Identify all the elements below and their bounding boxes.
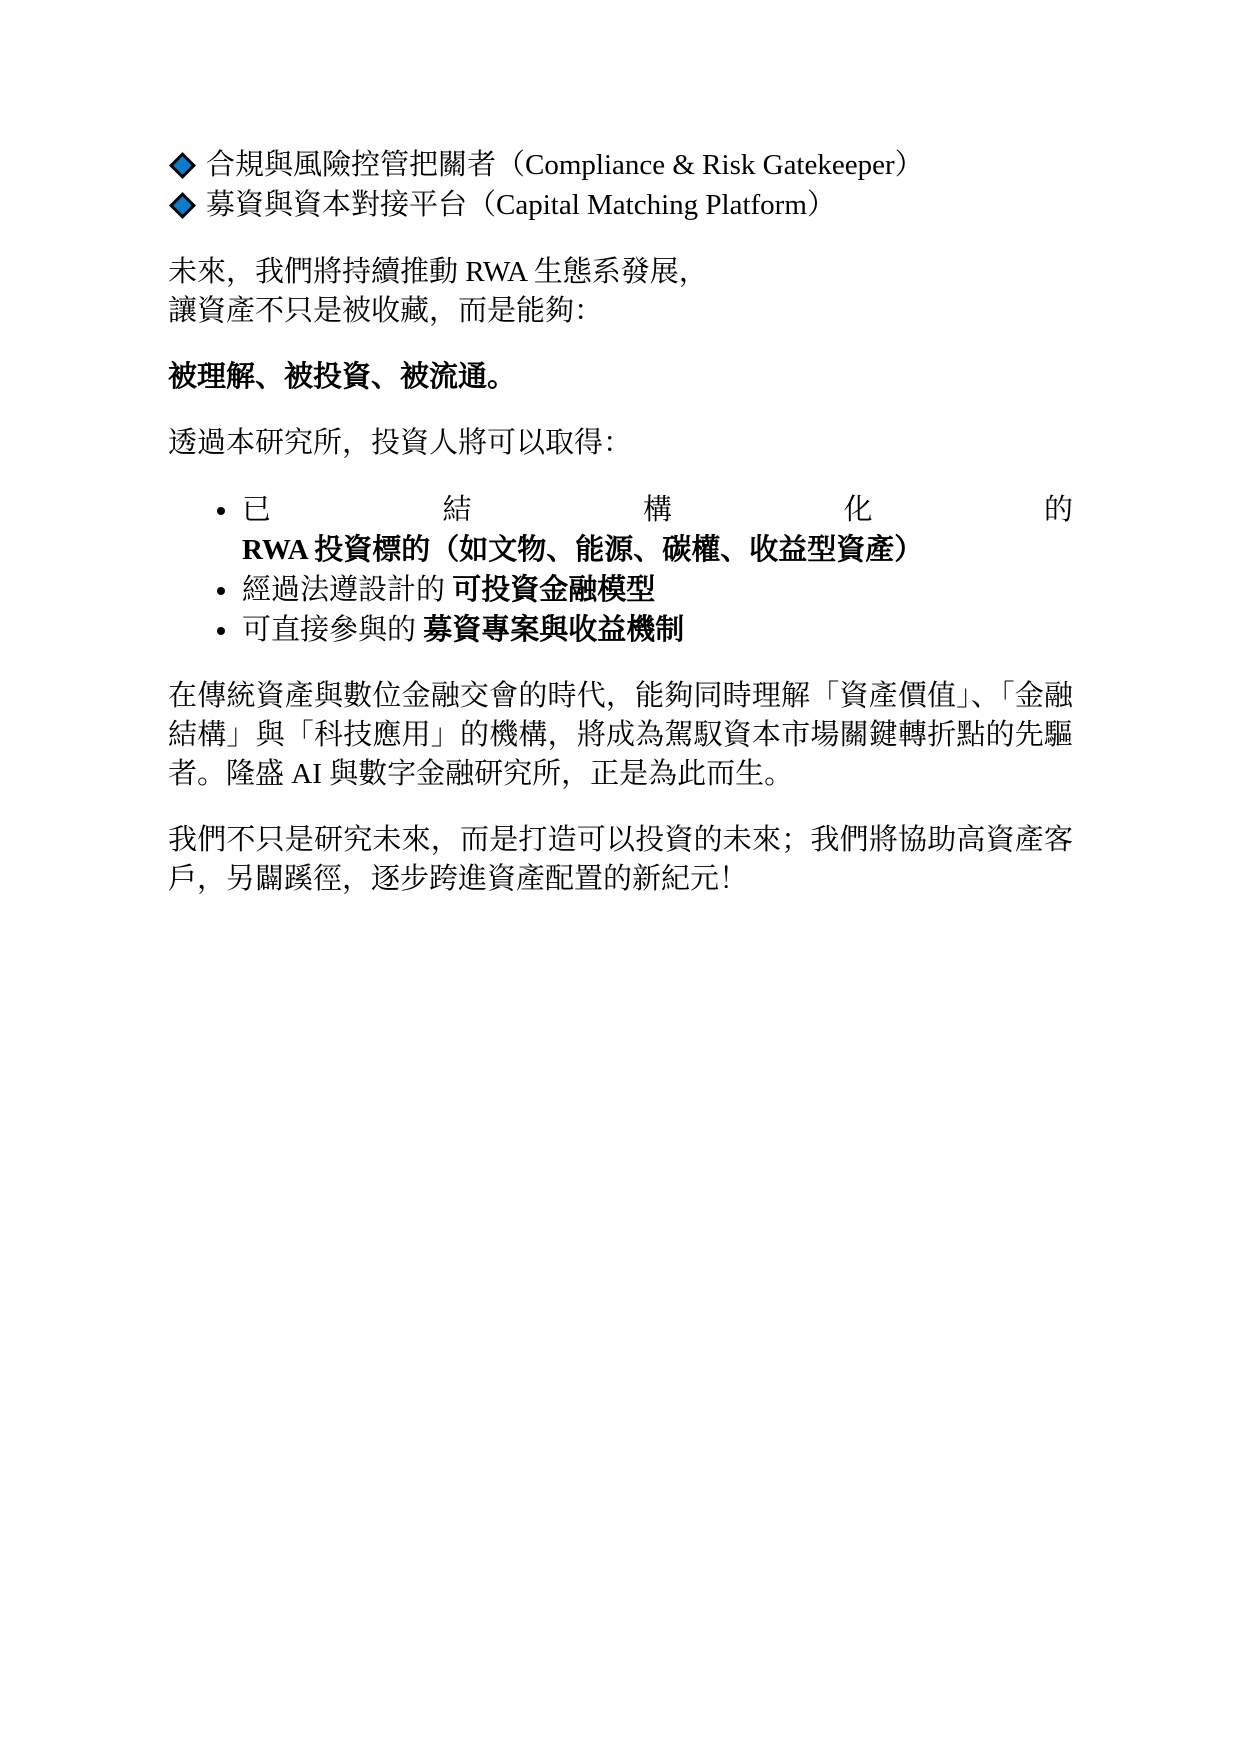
diamond-item-label: 募資與資本對接平台（Capital Matching Platform） xyxy=(206,185,836,225)
bullet-item: 已結構化的 RWA 投資標的（如文物、能源、碳權、收益型資產） xyxy=(240,490,1073,570)
blue-diamond-icon xyxy=(169,152,196,179)
document-page: 合規與風險控管把關者（Compliance & Risk Gatekeeper）… xyxy=(0,0,1241,1755)
blue-diamond-icon xyxy=(169,192,196,219)
diamond-list-item: 合規與風險控管把關者（Compliance & Risk Gatekeeper） xyxy=(168,145,1073,185)
diamond-item-label: 合規與風險控管把關者（Compliance & Risk Gatekeeper） xyxy=(206,145,924,185)
diamond-list-item: 募資與資本對接平台（Capital Matching Platform） xyxy=(168,185,1073,225)
era-paragraph: 在傳統資產與數位金融交會的時代，能夠同時理解「資產價值」、「金融結構」與「科技應… xyxy=(168,677,1073,794)
diamond-bullet-list: 合規與風險控管把關者（Compliance & Risk Gatekeeper）… xyxy=(168,145,1073,225)
bullet-item-bold: 募資專案與收益機制 xyxy=(423,614,684,646)
bullet-item-prefix: 經過法遵設計的 xyxy=(242,574,452,606)
intro-line-1: 未來，我們將持續推動 RWA 生態系發展， xyxy=(168,256,708,288)
closing-paragraph: 我們不只是研究未來，而是打造可以投資的未來；我們將協助高資產客戶，另闢蹊徑，逐步… xyxy=(168,821,1073,899)
lead-in-paragraph: 透過本研究所，投資人將可以取得： xyxy=(168,424,1073,463)
intro-paragraph: 未來，我們將持續推動 RWA 生態系發展，讓資產不只是被收藏，而是能夠： xyxy=(168,253,1073,331)
bullet-item-bold: 可投資金融模型 xyxy=(452,574,655,606)
bullet-item-prefix: 可直接參與的 xyxy=(242,614,423,646)
bullet-item-prefix: 已結構化的 xyxy=(242,494,1073,526)
bullet-item: 經過法遵設計的 可投資金融模型 xyxy=(240,570,1073,610)
round-bullet-list: 已結構化的 RWA 投資標的（如文物、能源、碳權、收益型資產） 經過法遵設計的 … xyxy=(168,490,1073,650)
intro-line-2: 讓資產不只是被收藏，而是能夠： xyxy=(168,295,603,327)
bullet-item-bold: RWA 投資標的（如文物、能源、碳權、收益型資產） xyxy=(242,534,923,566)
bold-headline: 被理解、被投資、被流通。 xyxy=(168,358,1073,397)
bullet-item: 可直接參與的 募資專案與收益機制 xyxy=(240,610,1073,650)
